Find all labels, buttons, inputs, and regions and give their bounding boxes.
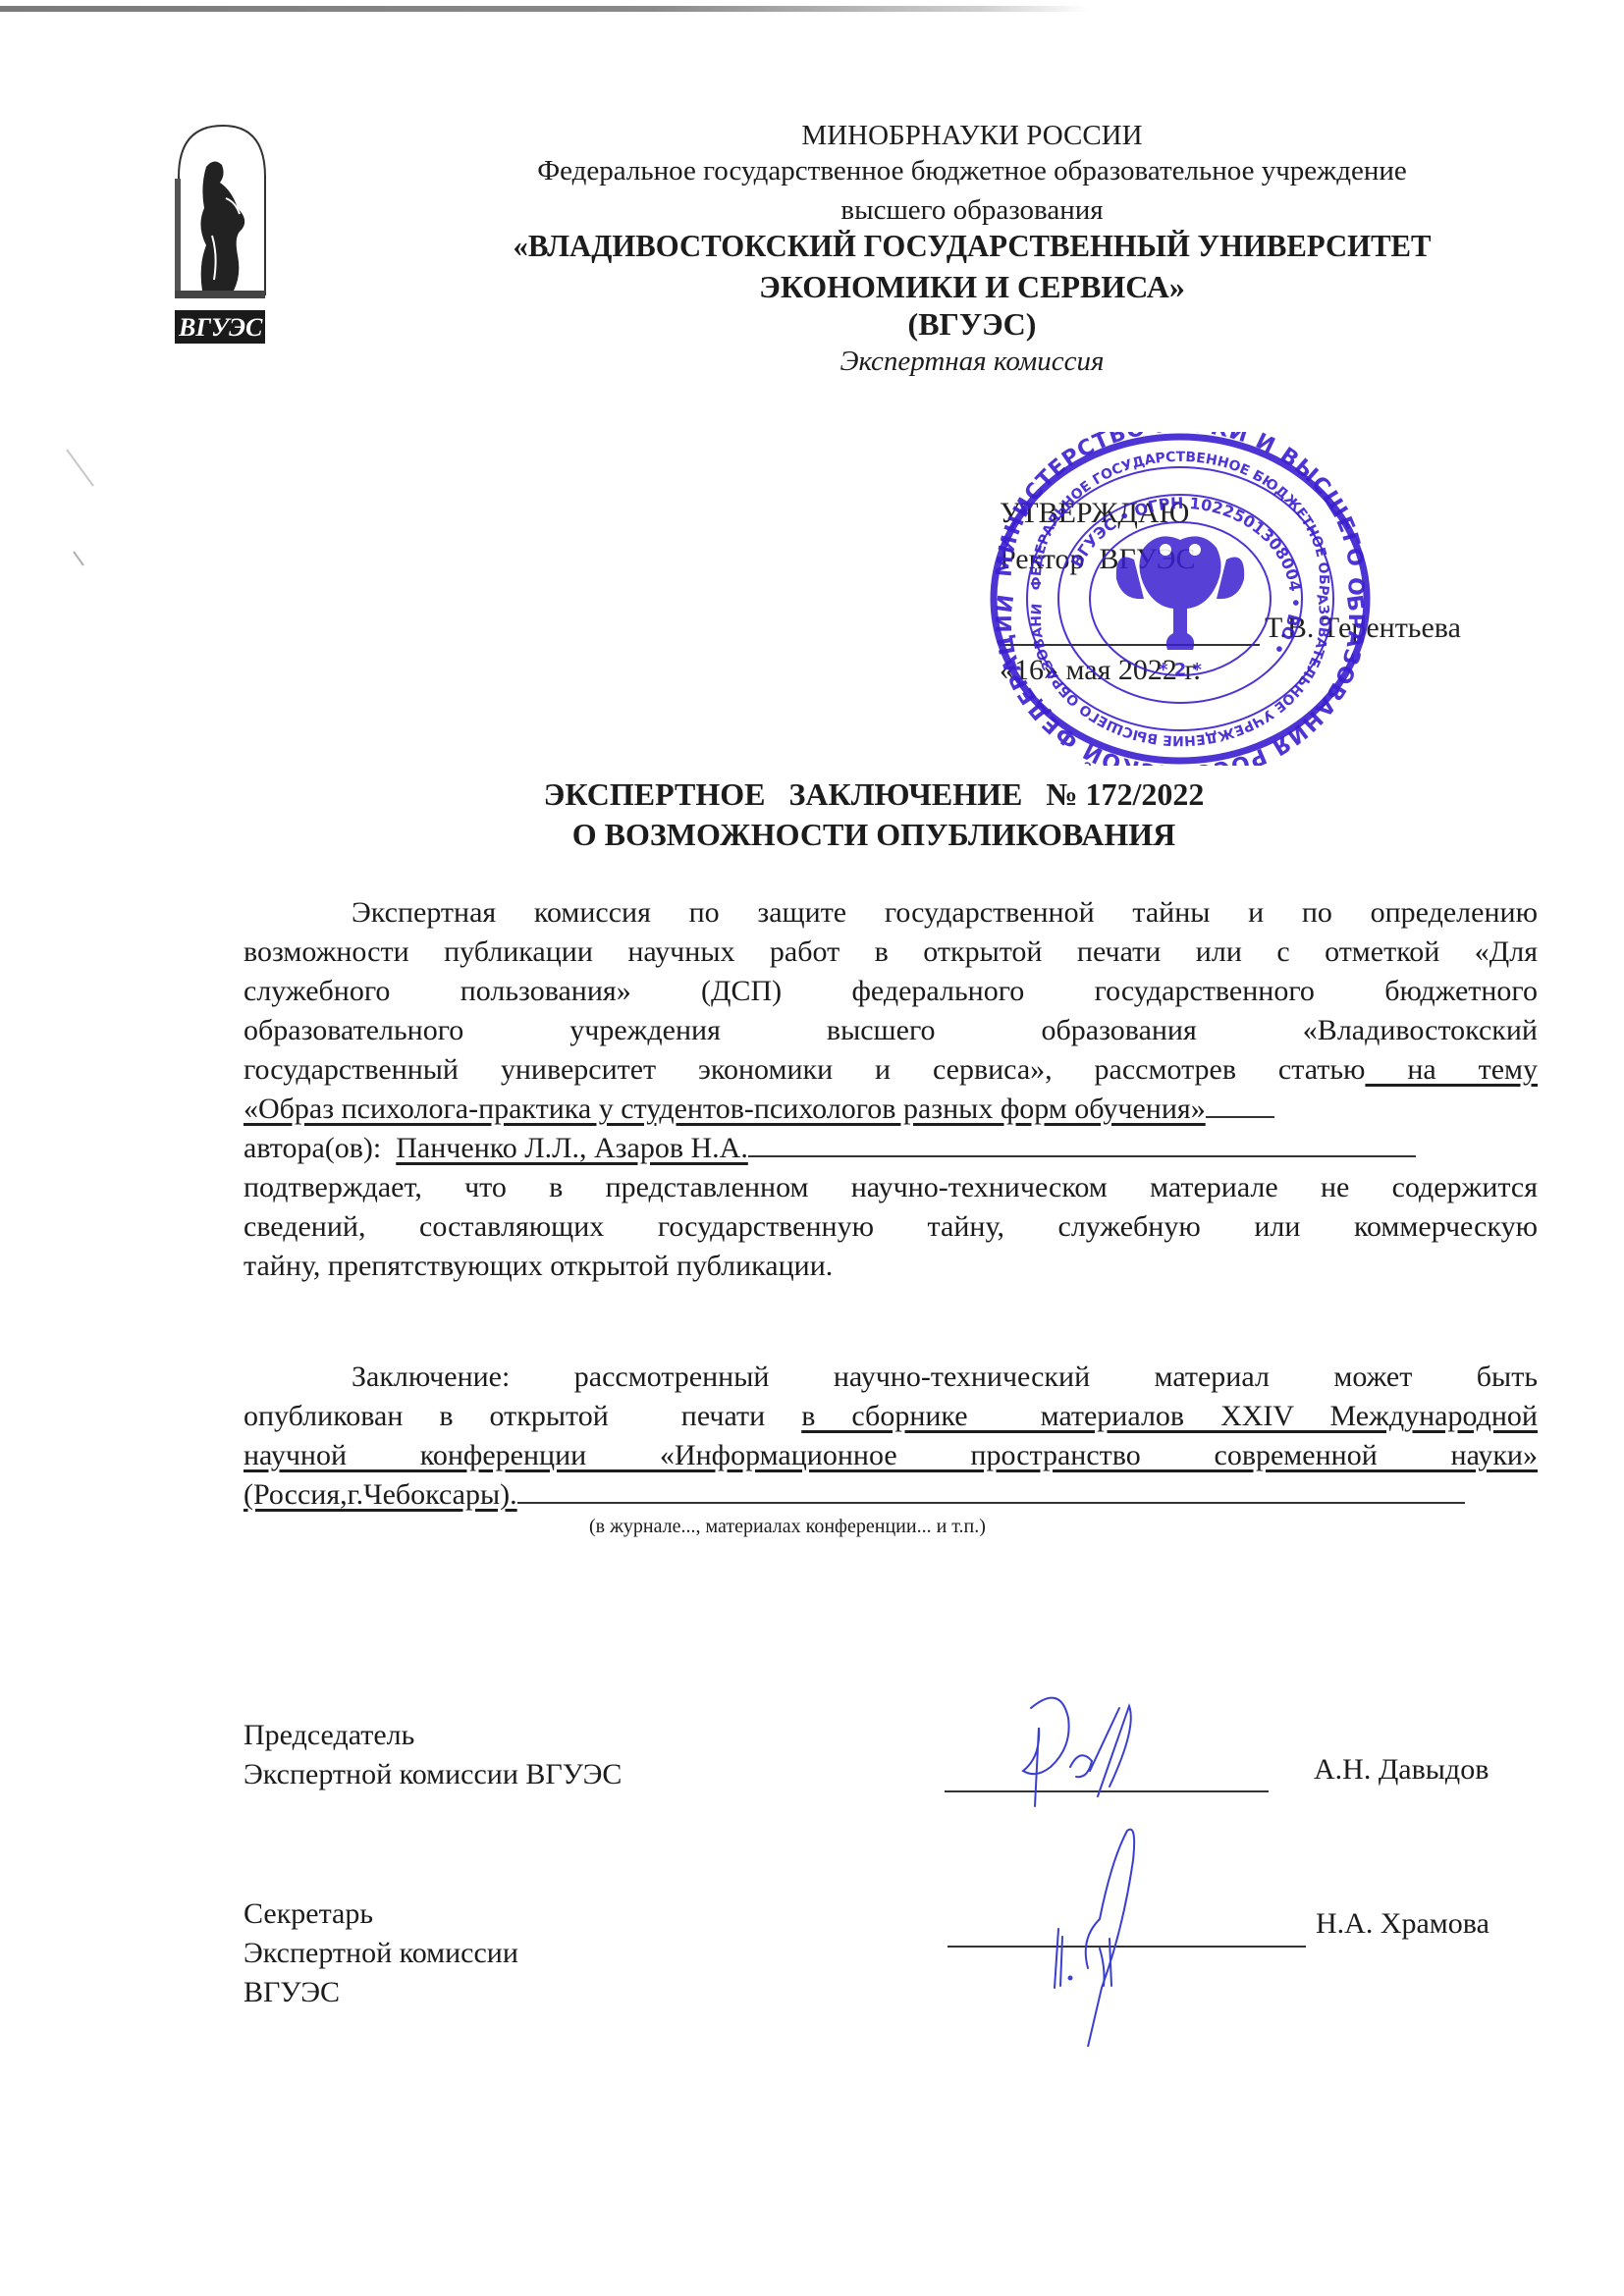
ministry-name: МИНОБРНАУКИ РОССИИ	[432, 122, 1512, 150]
secretary-role-line1: Секретарь	[244, 1895, 518, 1934]
university-name-line1: «ВЛАДИВОСТОКСКИЙ ГОСУДАРСТВЕННЫЙ УНИВЕРС…	[454, 230, 1490, 261]
body-line: Заключение: рассмотренный научно-техниче…	[244, 1358, 1538, 1397]
secretary-role-line3: ВГУЭС	[244, 1973, 518, 2012]
chair-role: Председатель Экспертной комиссии ВГУЭС	[244, 1716, 622, 1794]
chair-role-line2: Экспертной комиссии ВГУЭС	[244, 1755, 622, 1794]
university-abbreviation: (ВГУЭС)	[432, 308, 1512, 340]
body-line: образовательного учреждения высшего обра…	[244, 1011, 1538, 1050]
body-line: служебного пользования» (ДСП) федерально…	[244, 972, 1538, 1011]
authors-label: автора(ов):	[244, 1132, 381, 1164]
body-line: «Образ психолога-практика у студентов-пс…	[244, 1090, 1538, 1129]
logo-label: ВГУЭС	[179, 313, 262, 343]
institution-type-line1: Федеральное государственное бюджетное об…	[432, 157, 1512, 186]
paragraph-commission-statement: Экспертная комиссия по защите государств…	[244, 893, 1538, 1286]
university-name-line2: ЭКОНОМИКИ И СЕРВИСА»	[432, 271, 1512, 302]
publication-venue: в сборнике материалов XXIV Международной	[801, 1400, 1538, 1432]
institution-type-line2: высшего образования	[432, 196, 1512, 225]
official-stamp-icon: МИНИСТЕРСТВО НАУКИ И ВЫСШЕГО ОБРАЗОВАНИЯ…	[987, 432, 1375, 766]
body-line: сведений, составляющих государственную т…	[244, 1207, 1538, 1247]
body-line: тайну, препятствующих открытой публикаци…	[244, 1247, 1538, 1286]
publication-hint: (в журнале..., материалах конференции...…	[589, 1516, 1178, 1538]
fill-line	[517, 1478, 1465, 1504]
document-title: ЭКСПЕРТНОЕ ЗАКЛЮЧЕНИЕ № 172/2022	[432, 778, 1316, 810]
body-line: (Россия,г.Чебоксары).	[244, 1475, 1538, 1515]
secretary-role: Секретарь Экспертной комиссии ВГУЭС	[244, 1895, 518, 2012]
chair-signature-icon	[982, 1688, 1237, 1816]
body-line: опубликован в открытой печати в сборнике…	[244, 1397, 1538, 1436]
body-line: подтверждает, что в представленном научн…	[244, 1168, 1538, 1207]
scan-edge-artifact	[0, 6, 1090, 12]
secretary-role-line2: Экспертной комиссии	[244, 1934, 518, 1973]
secretary-signature-icon	[1041, 1821, 1198, 2047]
paragraph-conclusion: Заключение: рассмотренный научно-техниче…	[244, 1358, 1538, 1515]
body-line: Экспертная комиссия по защите государств…	[244, 893, 1538, 933]
body-line: автора(ов): Панченко Л.Л., Азаров Н.А.	[244, 1129, 1538, 1168]
scan-mark-decoration	[59, 432, 118, 579]
department-name: Экспертная комиссия	[432, 347, 1512, 376]
body-text: опубликован в открытой печати	[244, 1400, 801, 1432]
chair-name: А.Н. Давыдов	[1314, 1750, 1489, 1789]
eagle-emblem-icon	[1116, 536, 1244, 650]
university-logo: ВГУЭС	[169, 118, 272, 348]
secretary-name: Н.А. Храмова	[1316, 1904, 1489, 1944]
stamp-number: * 2 *	[1159, 660, 1202, 680]
body-line: возможности публикации научных работ в о…	[244, 933, 1538, 972]
fill-line	[748, 1132, 1416, 1157]
article-title: «Образ психолога-практика у студентов-пс…	[244, 1093, 1206, 1125]
publication-location: (Россия,г.Чебоксары).	[244, 1478, 517, 1511]
authors-value: Панченко Л.Л., Азаров Н.А.	[396, 1132, 748, 1164]
document-subtitle: О ВОЗМОЖНОСТИ ОПУБЛИКОВАНИЯ	[432, 819, 1316, 850]
chair-role-line1: Председатель	[244, 1716, 622, 1755]
body-text: государственный университет экономики и …	[244, 1053, 1365, 1086]
article-topic-label: на тему	[1365, 1053, 1538, 1086]
fill-line	[1206, 1093, 1274, 1118]
body-line: государственный университет экономики и …	[244, 1050, 1538, 1090]
publication-venue-line: научной конференции «Информационное прос…	[244, 1436, 1538, 1475]
